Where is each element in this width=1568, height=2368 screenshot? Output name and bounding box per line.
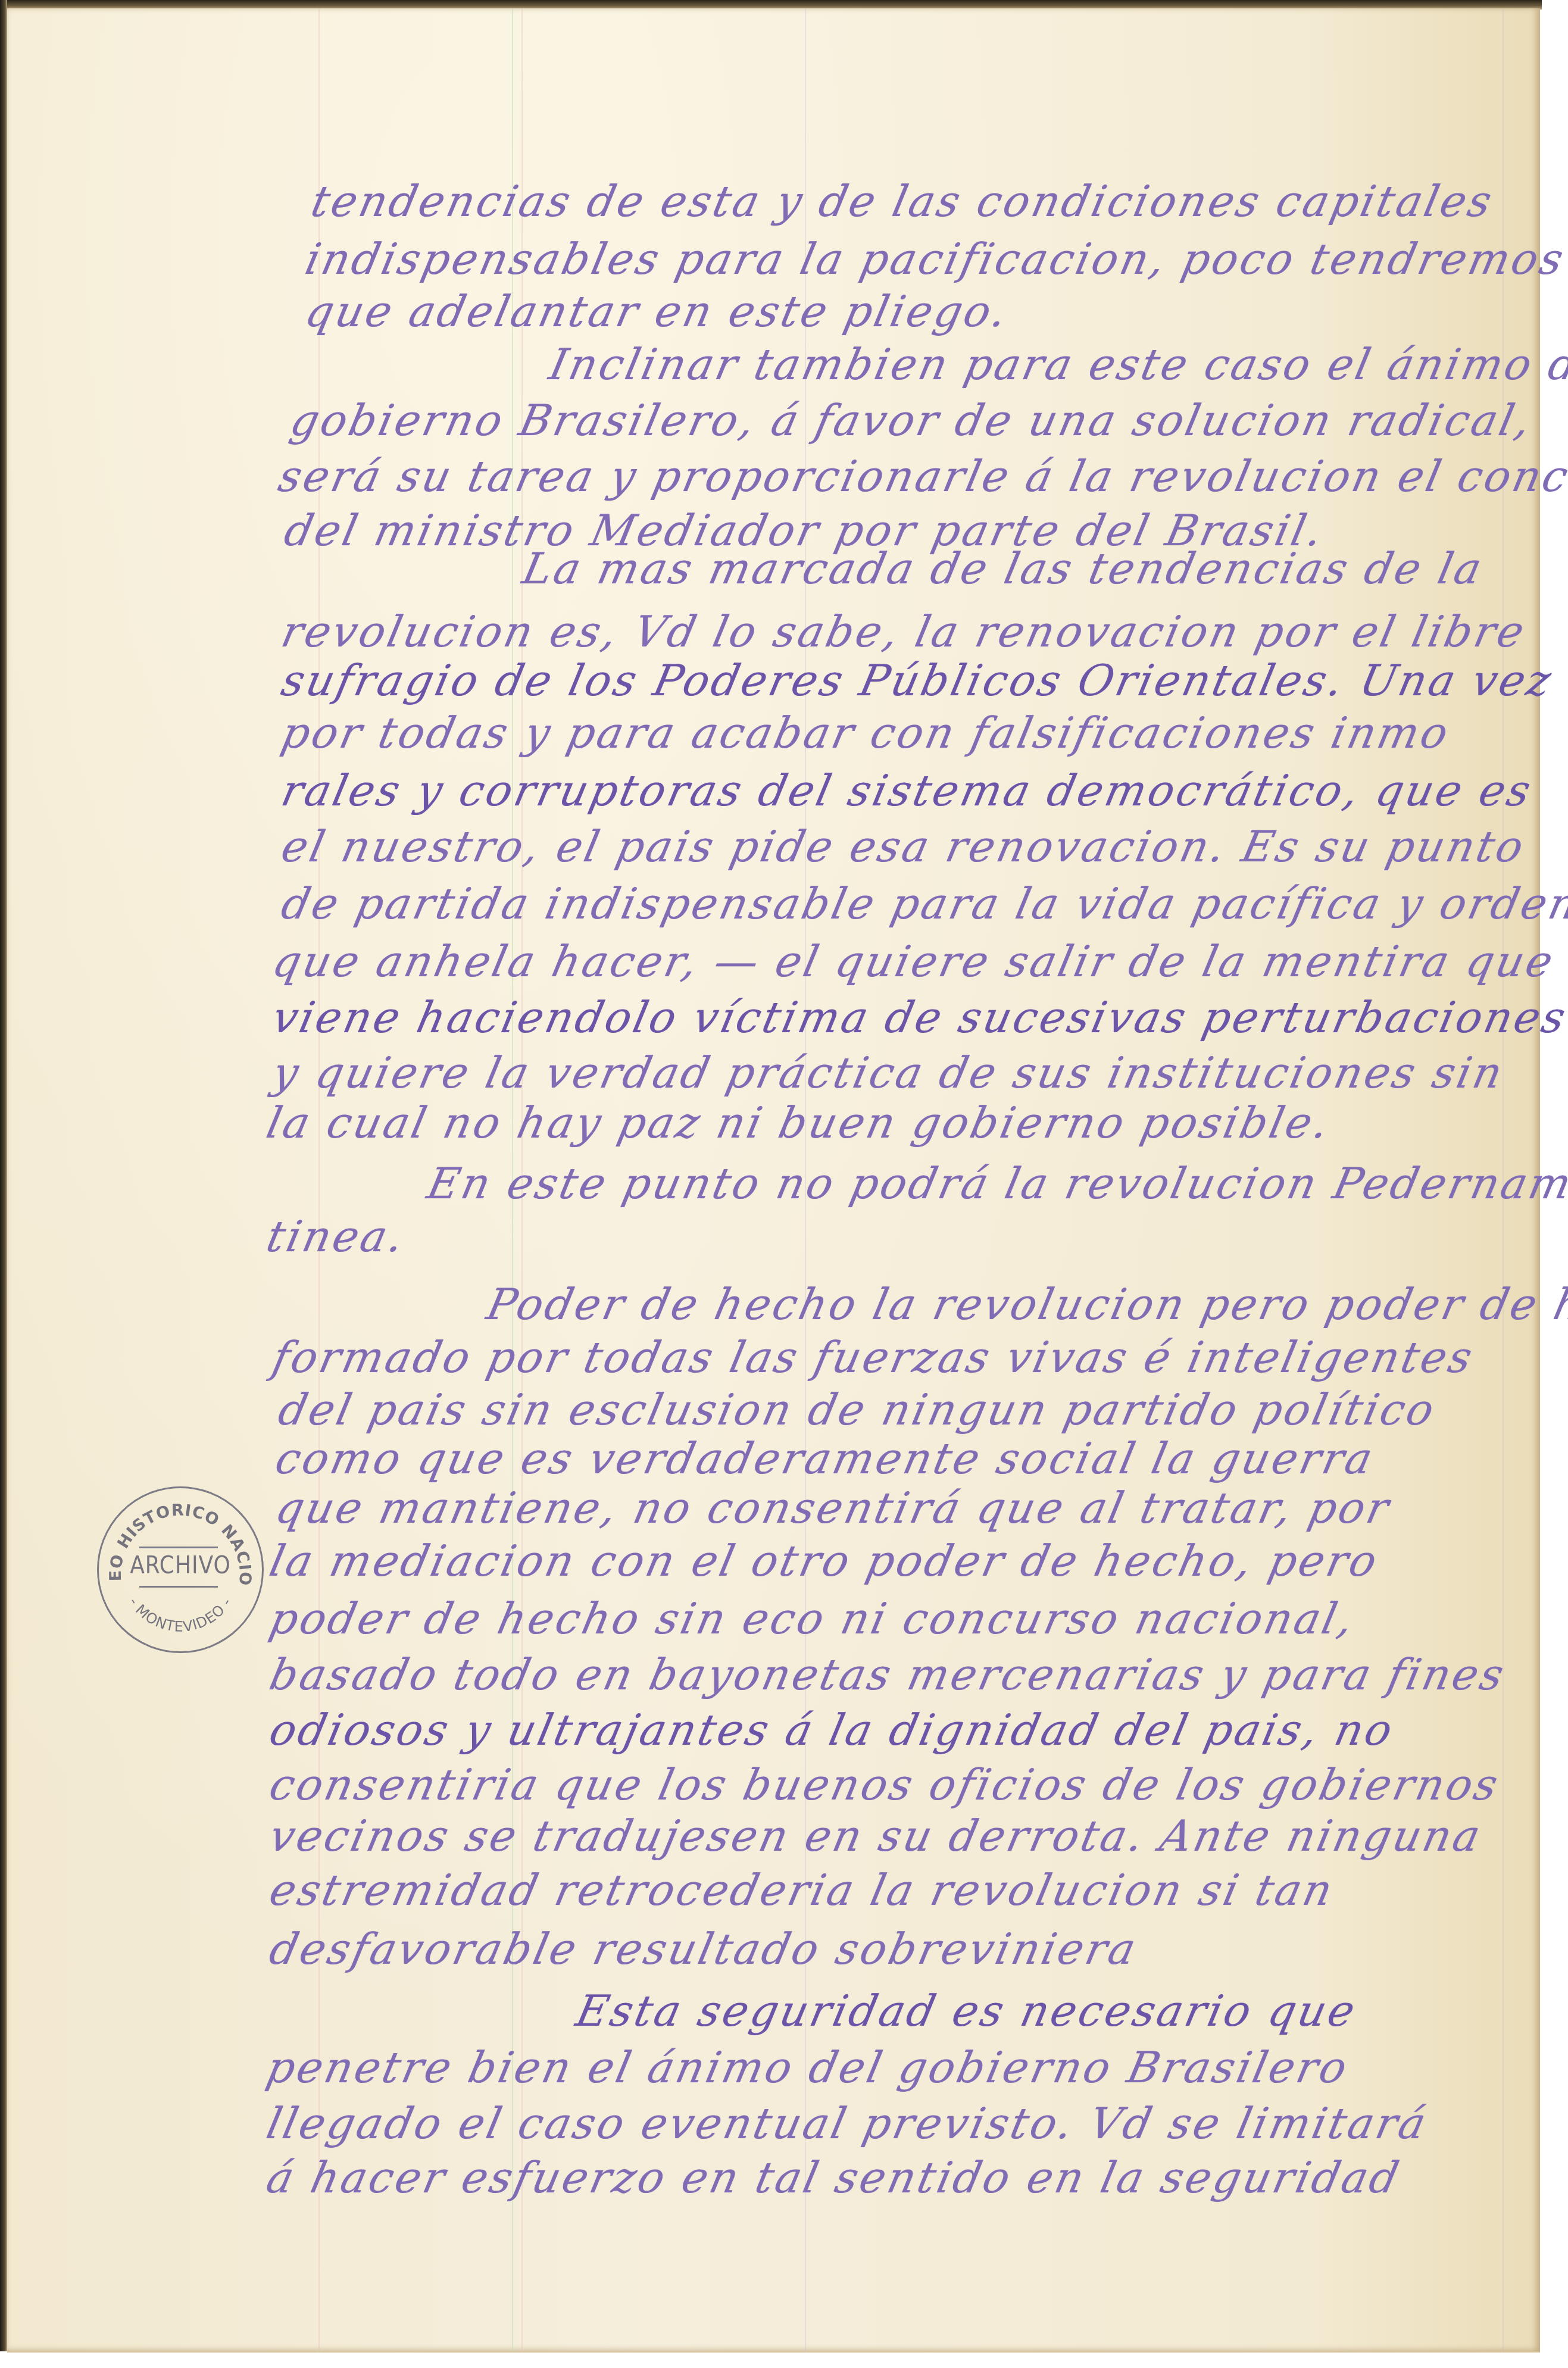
manuscript-line: basado todo en bayonetas mercenarias y p… (266, 1653, 1510, 1696)
manuscript-line: viene haciendolo víctima de sucesivas pe… (269, 996, 1568, 1039)
manuscript-line: y quiere la verdad práctica de sus insti… (269, 1051, 1508, 1094)
manuscript-line: La mas marcada de las tendencias de la (519, 547, 1488, 590)
manuscript-line: como que es verdaderamente social la gue… (272, 1437, 1378, 1480)
manuscript-line: de partida indispensable para la vida pa… (278, 882, 1568, 925)
manuscript-page: tendencias de esta y de las condiciones … (7, 8, 1540, 2353)
manuscript-line: penetre bien el ánimo del gobierno Brasi… (263, 2046, 1353, 2089)
manuscript-line: sufragio de los Poderes Públicos Orienta… (278, 659, 1557, 702)
manuscript-line: revolucion es, Vd lo sabe, la renovacion… (278, 610, 1530, 653)
manuscript-line: Inclinar tambien para este caso el ánimo… (546, 343, 1568, 386)
manuscript-line: Esta seguridad es necesario que (573, 1989, 1361, 2032)
manuscript-line: del pais sin esclusion de ningun partido… (275, 1388, 1440, 1431)
manuscript-line: rales y corruptoras del sistema democrát… (278, 769, 1536, 812)
stamp-divider (139, 1586, 218, 1588)
manuscript-line: formado por todas las fuerzas vivas é in… (269, 1336, 1478, 1379)
manuscript-line: consentiria que los buenos oficios de lo… (266, 1763, 1504, 1806)
manuscript-line: gobierno Brasilero, á favor de una soluc… (287, 399, 1536, 442)
page-rule-line (318, 8, 320, 2351)
manuscript-line: el nuestro, el pais pide esa renovacion.… (278, 825, 1529, 868)
manuscript-line: odiosos y ultrajantes á la dignidad del … (266, 1708, 1398, 1751)
book-binding-left-edge (0, 0, 7, 2351)
manuscript-line: llegado el caso eventual previsto. Vd se… (263, 2102, 1432, 2145)
manuscript-line: indispensables para la pacificacion, poc… (302, 238, 1568, 280)
stamp-center-text: ARCHIVO (99, 1552, 262, 1579)
manuscript-line: que anhela hacer, — el quiere salir de l… (269, 940, 1558, 983)
manuscript-line: será su tarea y proporcionarle á la revo… (275, 455, 1568, 498)
manuscript-line: vecinos se tradujesen en su derrota. Ant… (266, 1814, 1486, 1857)
manuscript-line: poder de hecho sin eco ni concurso nacio… (266, 1597, 1359, 1640)
manuscript-line: desfavorable resultado sobreviniera (266, 1927, 1142, 1970)
manuscript-line: tendencias de esta y de las condiciones … (308, 180, 1498, 223)
manuscript-line: la mediacion con el otro poder de hecho,… (266, 1539, 1383, 1582)
stamp-divider (139, 1547, 218, 1548)
manuscript-line: tinea. (263, 1215, 410, 1258)
manuscript-line: En este punto no podrá la revolucion Ped… (424, 1162, 1568, 1205)
manuscript-line: la cual no hay paz ni buen gobierno posi… (263, 1101, 1335, 1144)
manuscript-line: que mantiene, no consentirá que al trata… (272, 1486, 1395, 1529)
museum-archive-stamp: MUSEO HISTORICO NACIONAL - MONTEVIDEO - … (97, 1486, 264, 1653)
manuscript-line: á hacer esfuerzo en tal sentido en la se… (263, 2156, 1405, 2199)
manuscript-line: estremidad retrocederia la revolucion si… (266, 1869, 1338, 1911)
manuscript-line: por todas y para acabar con falsificacio… (278, 711, 1454, 754)
manuscript-line: Poder de hecho la revolucion pero poder … (483, 1283, 1568, 1326)
manuscript-line: que adelantar en este pliego. (302, 290, 1013, 333)
stamp-bottom-text: - MONTEVIDEO - (126, 1595, 235, 1635)
svg-text:- MONTEVIDEO -: - MONTEVIDEO - (126, 1595, 235, 1635)
